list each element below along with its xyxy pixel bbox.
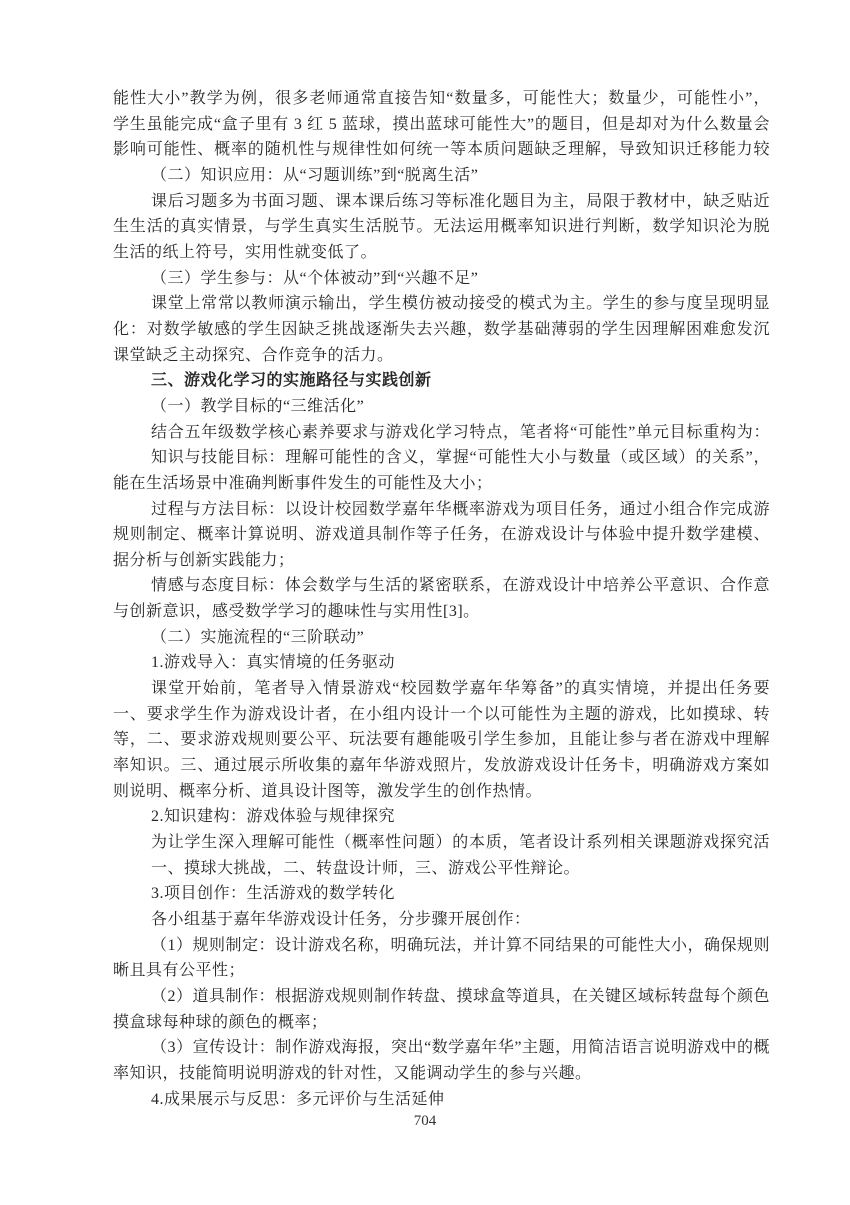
text-line: （二）知识应用：从“习题训练”到“脱离生活” bbox=[113, 163, 770, 189]
text-line: （3）宣传设计：制作游戏海报，突出“数学嘉年华”主题，用简洁语言说明游戏中的概 bbox=[113, 1035, 770, 1061]
text-line: 各小组基于嘉年华游戏设计任务，分步骤开展创作： bbox=[113, 907, 770, 933]
text-line: 规则制定、概率计算说明、游戏道具制作等子任务，在游戏设计与体验中提升数学建模、数 bbox=[113, 522, 770, 548]
text-line: （三）学生参与：从“个体被动”到“兴趣不足” bbox=[113, 266, 770, 292]
text-line: 等，二、要求游戏规则要公平、玩法要有趣能吸引学生参加，且能让参与者在游戏中理解概 bbox=[113, 727, 770, 753]
text-line: 2.知识建构：游戏体验与规律探究 bbox=[113, 804, 770, 830]
text-line: 影响可能性、概率的随机性与规律性如何统一等本质问题缺乏理解，导致知识迁移能力较弱… bbox=[113, 137, 770, 163]
text-line: （1）规则制定：设计游戏名称，明确玩法，并计算不同结果的可能性大小，确保规则清 bbox=[113, 933, 770, 959]
text-line: 则说明、概率分析、道具设计图等，激发学生的创作热情。 bbox=[113, 779, 770, 805]
text-line: 4.成果展示与反思：多元评价与生活延伸 bbox=[113, 1087, 770, 1113]
text-line: 摸盒球每种球的颜色的概率； bbox=[113, 1010, 770, 1036]
text-line: 能性大小”教学为例，很多老师通常直接告知“数量多，可能性大；数量少，可能性小”， bbox=[113, 86, 770, 112]
text-line: 晰且具有公平性； bbox=[113, 958, 770, 984]
text-line: 学生虽能完成“盒子里有 3 红 5 蓝球，摸出蓝球可能性大”的题目，但是却对为什… bbox=[113, 112, 770, 138]
text-line: 化：对数学敏感的学生因缺乏挑战逐渐失去兴趣，数学基础薄弱的学生因理解困难愈发沉默… bbox=[113, 317, 770, 343]
text-line: 为让学生深入理解可能性（概率性问题）的本质，笔者设计系列相关课题游戏探究活动： bbox=[113, 830, 770, 856]
text-line: 一、摸球大挑战，二、转盘设计师，三、游戏公平性辩论。 bbox=[113, 856, 770, 882]
text-line: 与创新意识，感受数学学习的趣味性与实用性[3]。 bbox=[113, 599, 770, 625]
text-line: 一、要求学生作为游戏设计者，在小组内设计一个以可能性为主题的游戏，比如摸球、转盘 bbox=[113, 702, 770, 728]
text-line: 课堂缺乏主动探究、合作竞争的活力。 bbox=[113, 343, 770, 369]
text-line: 率知识。三、通过展示所收集的嘉年华游戏照片，发放游戏设计任务卡，明确游戏方案如规 bbox=[113, 753, 770, 779]
text-line: 知识与技能目标：理解可能性的含义，掌握“可能性大小与数量（或区域）的关系”， bbox=[113, 445, 770, 471]
text-line: 过程与方法目标：以设计校园数学嘉年华概率游戏为项目任务，通过小组合作完成游戏 bbox=[113, 497, 770, 523]
text-line: 三、游戏化学习的实施路径与实践创新 bbox=[113, 368, 770, 394]
text-line: 生活的纸上符号，实用性就变低了。 bbox=[113, 240, 770, 266]
document-page: 能性大小”教学为例，很多老师通常直接告知“数量多，可能性大；数量少，可能性小”，… bbox=[0, 0, 850, 1205]
text-line: （二）实施流程的“三阶联动” bbox=[113, 625, 770, 651]
document-text-block: 能性大小”教学为例，很多老师通常直接告知“数量多，可能性大；数量少，可能性小”，… bbox=[113, 86, 770, 1112]
text-line: 3.项目创作：生活游戏的数学转化 bbox=[113, 881, 770, 907]
text-line: 结合五年级数学核心素养要求与游戏化学习特点，笔者将“可能性”单元目标重构为： bbox=[113, 420, 770, 446]
text-line: 率知识，技能简明说明游戏的针对性，又能调动学生的参与兴趣。 bbox=[113, 1061, 770, 1087]
text-line: 能在生活场景中准确判断事件发生的可能性及大小； bbox=[113, 471, 770, 497]
text-line: 课后习题多为书面习题、课本课后练习等标准化题目为主，局限于教材中，缺乏贴近学 bbox=[113, 189, 770, 215]
text-line: 1.游戏导入：真实情境的任务驱动 bbox=[113, 650, 770, 676]
page-number: 704 bbox=[0, 1112, 850, 1130]
text-line: 情感与态度目标：体会数学与生活的紧密联系，在游戏设计中培养公平意识、合作意识 bbox=[113, 573, 770, 599]
text-line: （2）道具制作：根据游戏规则制作转盘、摸球盒等道具，在关键区域标转盘每个颜色或 bbox=[113, 984, 770, 1010]
text-line: 生生活的真实情景，与学生真实生活脱节。无法运用概率知识进行判断，数学知识沦为脱离 bbox=[113, 214, 770, 240]
text-line: 课堂上常常以教师演示输出，学生模仿被动接受的模式为主。学生的参与度呈现明显分 bbox=[113, 291, 770, 317]
text-line: 课堂开始前，笔者导入情景游戏“校园数学嘉年华筹备”的真实情境，并提出任务要求： bbox=[113, 676, 770, 702]
text-line: （一）教学目标的“三维活化” bbox=[113, 394, 770, 420]
text-line: 据分析与创新实践能力； bbox=[113, 548, 770, 574]
